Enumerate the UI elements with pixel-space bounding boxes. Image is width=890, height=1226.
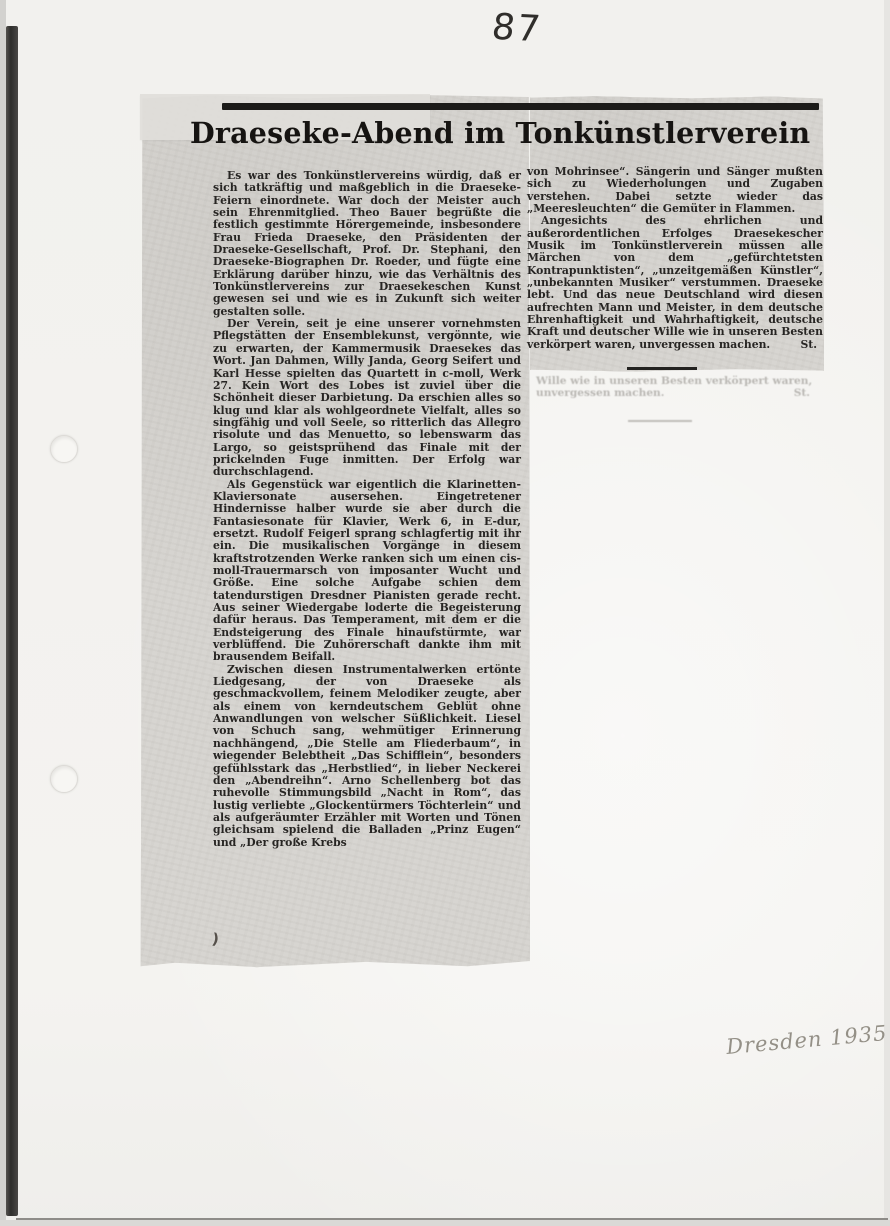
page-number-annotation: 87 [490, 7, 545, 50]
date-annotation: Dresden 1935 [725, 1021, 888, 1059]
headline-top-rule [222, 103, 819, 110]
bleedthrough-text: Wille wie in unseren Besten verkörpert w… [536, 375, 818, 400]
article-paragraph: Es war des Tonkünstlervereins würdig, da… [213, 170, 521, 318]
article-paragraph: von Mohrinsee“. Sängerin und Sänger mußt… [527, 166, 823, 215]
article-paragraph: Der Verein, seit je eine unserer vornehm… [213, 318, 521, 478]
bleedthrough-line: Wille wie in unseren Besten verkörpert w… [536, 375, 818, 387]
article-title: Draeseke-Abend im Tonkünstlerverein [190, 116, 830, 150]
binding-edge-bar [6, 26, 18, 1216]
scanned-page: 87 Draeseke-Abend im Tonkünstlerverein E… [0, 0, 890, 1226]
article-paragraph: Angesichts des ehrlichen und außerordent… [527, 215, 823, 351]
bleedthrough-rule [628, 420, 692, 422]
article-paragraph: Als Gegenstück war eigentlich die Klarin… [213, 479, 521, 664]
scan-bottom-edge [0, 1220, 890, 1226]
punch-hole-bottom [50, 765, 78, 793]
punch-hole-top [50, 435, 78, 463]
article-column-left: Es war des Tonkünstlervereins würdig, da… [213, 170, 521, 849]
article-column-right: von Mohrinsee“. Sängerin und Sänger mußt… [527, 166, 823, 351]
newspaper-clipping: Draeseke-Abend im Tonkünstlerverein Es w… [140, 94, 824, 968]
article-end-rule [627, 367, 697, 370]
article-paragraph: Zwischen diesen Instrumentalwerken ertön… [213, 664, 521, 849]
